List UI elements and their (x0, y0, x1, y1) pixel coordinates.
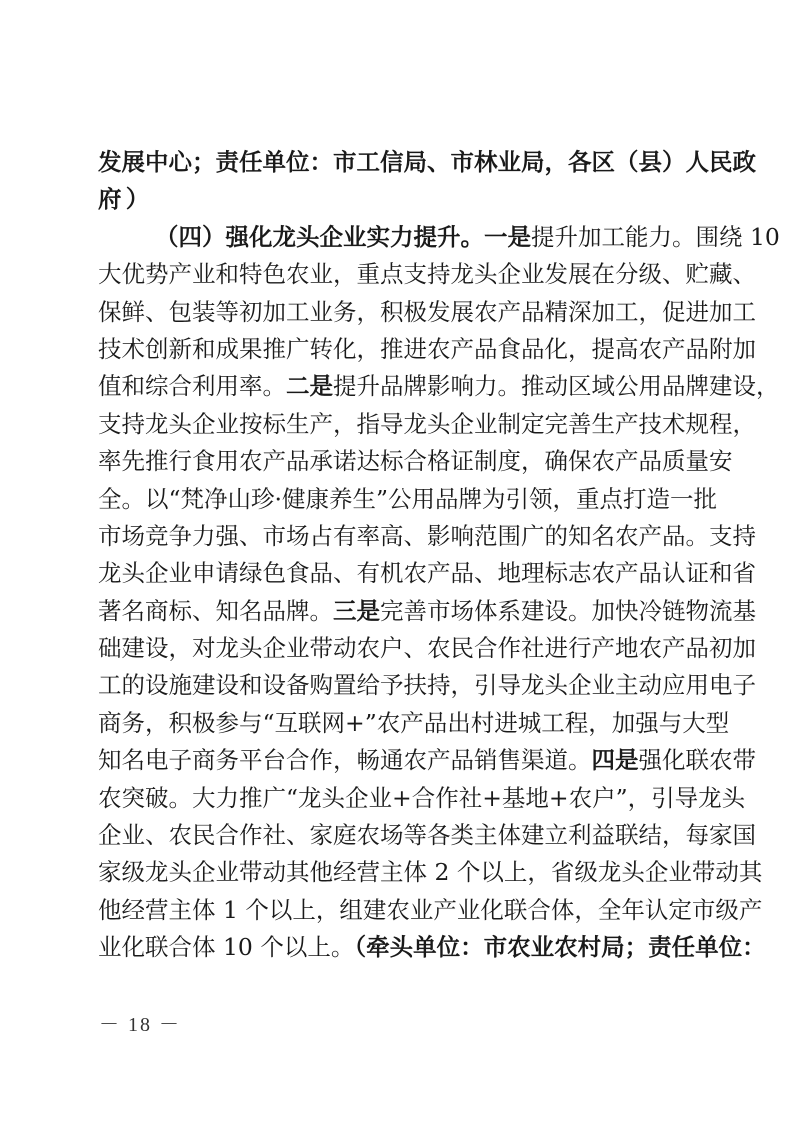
bold-text-run: （牵头单位：市农业农村局；责任单位： (354, 933, 765, 961)
bold-text-run: （四）强化龙头企业实力提升。 (155, 223, 484, 251)
text-line: 技术创新和成果推广转化，推进农产品食品化，提高农产品附加 (98, 331, 698, 368)
text-line: 知名电子商务平台合作，畅通农产品销售渠道。四是强化联农带 (98, 742, 698, 779)
text-run: 支持龙头企业按标生产，指导龙头企业制定完善生产技术规程， (98, 410, 756, 438)
text-run: 知名电子商务平台合作，畅通农产品销售渠道。 (98, 746, 592, 774)
text-run: 大优势产业和特色农业，重点支持龙头企业发展在分级、贮藏、 (98, 260, 756, 288)
text-run: 企业、农民合作社、家庭农场等各类主体建立利益联结，每家国 (98, 821, 756, 849)
bold-text-run: 二是 (286, 372, 333, 400)
text-line: 大优势产业和特色农业，重点支持龙头企业发展在分级、贮藏、 (98, 256, 698, 293)
bold-text-run: 发展中心；责任单位：市工信局、市林业局，各区（县）人民政 (98, 148, 756, 176)
text-run: 他经营主体 1 个以上，组建农业产业化联合体，全年认定市级产 (98, 896, 762, 924)
text-run: 工的设施建设和设备购置给予扶持，引导龙头企业主动应用电子 (98, 671, 756, 699)
text-run: 率先推行食用农产品承诺达标合格证制度，确保农产品质量安 (98, 447, 733, 475)
text-run: 提升品牌影响力。推动区域公用品牌建设， (333, 372, 780, 400)
text-line: 业化联合体 10 个以上。（牵头单位：市农业农村局；责任单位： (98, 929, 698, 966)
text-line: 著名商标、知名品牌。三是完善市场体系建设。加快冷链物流基 (98, 593, 698, 630)
text-run: 全。以“梵净山珍·健康养生”公用品牌为引领，重点打造一批 (98, 485, 717, 513)
text-run: 农突破。大力推广“龙头企业+合作社+基地+农户”，引导龙头 (98, 784, 745, 812)
text-line: 率先推行食用农产品承诺达标合格证制度，确保农产品质量安 (98, 443, 698, 480)
body-text: 发展中心；责任单位：市工信局、市林业局，各区（县）人民政府）（四）强化龙头企业实… (98, 144, 698, 967)
text-run: 础建设，对龙头企业带动农户、农民合作社进行产地农产品初加 (98, 634, 756, 662)
text-line: 府） (98, 181, 698, 218)
text-line: 全。以“梵净山珍·健康养生”公用品牌为引领，重点打造一批 (98, 481, 698, 518)
text-run: 技术创新和成果推广转化，推进农产品食品化，提高农产品附加 (98, 335, 756, 363)
document-page: 发展中心；责任单位：市工信局、市林业局，各区（县）人民政府）（四）强化龙头企业实… (0, 0, 793, 1122)
text-line: 家级龙头企业带动其他经营主体 2 个以上，省级龙头企业带动其 (98, 854, 698, 891)
text-line: （四）强化龙头企业实力提升。一是提升加工能力。围绕 10 (98, 219, 698, 256)
text-run: 提升加工能力。围绕 10 (531, 223, 780, 251)
text-line: 值和综合利用率。二是提升品牌影响力。推动区域公用品牌建设， (98, 368, 698, 405)
text-line: 础建设，对龙头企业带动农户、农民合作社进行产地农产品初加 (98, 630, 698, 667)
text-run: 完善市场体系建设。加快冷链物流基 (380, 597, 756, 625)
text-run: 业化联合体 10 个以上。 (98, 933, 354, 961)
text-line: 他经营主体 1 个以上，组建农业产业化联合体，全年认定市级产 (98, 892, 698, 929)
text-run: 市场竞争力强、市场占有率高、影响范围广的知名农产品。支持 (98, 522, 756, 550)
text-run: 强化联农带 (639, 746, 757, 774)
text-line: 农突破。大力推广“龙头企业+合作社+基地+农户”，引导龙头 (98, 780, 698, 817)
text-line: 工的设施建设和设备购置给予扶持，引导龙头企业主动应用电子 (98, 667, 698, 704)
bold-text-run: 三是 (333, 597, 380, 625)
text-line: 龙头企业申请绿色食品、有机农产品、地理标志农产品认证和省 (98, 555, 698, 592)
bold-text-run: 一是 (484, 223, 531, 251)
text-run: 商务，积极参与“互联网+”农产品出村进城工程，加强与大型 (98, 709, 729, 737)
text-run: 龙头企业申请绿色食品、有机农产品、地理标志农产品认证和省 (98, 559, 756, 587)
text-run: 保鲜、包装等初加工业务，积极发展农产品精深加工，促进加工 (98, 298, 756, 326)
text-line: 市场竞争力强、市场占有率高、影响范围广的知名农产品。支持 (98, 518, 698, 555)
text-run: 著名商标、知名品牌。 (98, 597, 333, 625)
bold-text-run: 府） (98, 185, 154, 213)
text-run: 家级龙头企业带动其他经营主体 2 个以上，省级龙头企业带动其 (98, 858, 762, 886)
page-number: － 18 － (99, 1008, 181, 1037)
text-line: 支持龙头企业按标生产，指导龙头企业制定完善生产技术规程， (98, 406, 698, 443)
bold-text-run: 四是 (592, 746, 639, 774)
text-run: 值和综合利用率。 (98, 372, 286, 400)
text-line: 企业、农民合作社、家庭农场等各类主体建立利益联结，每家国 (98, 817, 698, 854)
text-line: 发展中心；责任单位：市工信局、市林业局，各区（县）人民政 (98, 144, 698, 181)
text-line: 商务，积极参与“互联网+”农产品出村进城工程，加强与大型 (98, 705, 698, 742)
text-line: 保鲜、包装等初加工业务，积极发展农产品精深加工，促进加工 (98, 294, 698, 331)
